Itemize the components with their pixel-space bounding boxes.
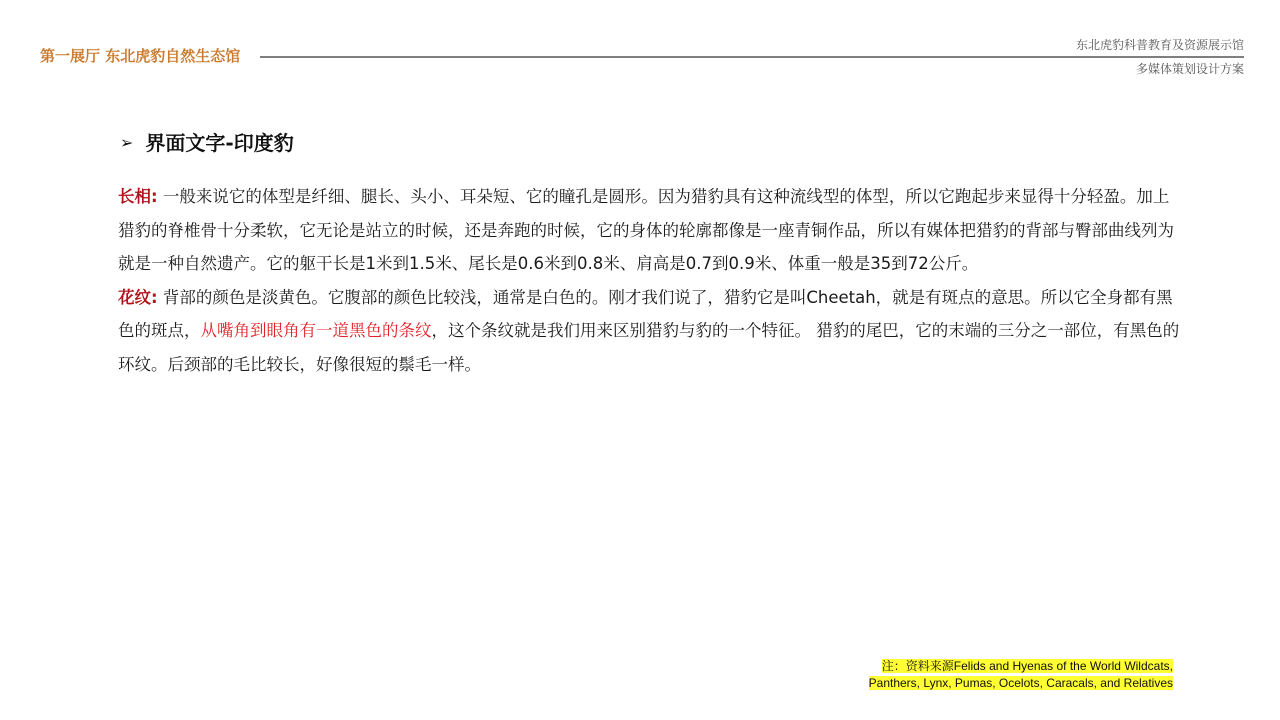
- appearance-label: 长相:: [118, 187, 158, 206]
- section-heading: ➢界面文字-印度豹: [120, 127, 294, 156]
- project-name: 东北虎豹科普教育及资源展示馆: [1076, 36, 1244, 53]
- pattern-paragraph: 花纹: 背部的颜色是淡黄色。它腹部的颜色比较浅，通常是白色的。刚才我们说了，猎豹…: [118, 281, 1180, 382]
- section-title: 界面文字-印度豹: [145, 131, 293, 155]
- appearance-text: 一般来说它的体型是纤细、腿长、头小、耳朵短、它的瞳孔是圆形。因为猎豹具有这种流线…: [118, 187, 1174, 273]
- exhibit-title: 第一展厅 东北虎豹自然生态馆: [40, 45, 240, 66]
- pattern-highlight: 从嘴角到眼角有一道黑色的条纹: [201, 321, 432, 340]
- appearance-paragraph: 长相: 一般来说它的体型是纤细、腿长、头小、耳朵短、它的瞳孔是圆形。因为猎豹具有…: [118, 180, 1180, 281]
- footnote-line-2: Panthers, Lynx, Pumas, Ocelots, Caracals…: [869, 676, 1173, 690]
- body-content: 长相: 一般来说它的体型是纤细、腿长、头小、耳朵短、它的瞳孔是圆形。因为猎豹具有…: [118, 180, 1180, 381]
- arrow-bullet-icon: ➢: [120, 133, 133, 152]
- footnote-line-1: 注：资料来源Felids and Hyenas of the World Wil…: [882, 659, 1173, 673]
- doc-subtitle: 多媒体策划设计方案: [1136, 60, 1244, 77]
- source-footnote: 注：资料来源Felids and Hyenas of the World Wil…: [869, 658, 1173, 692]
- pattern-label: 花纹:: [118, 288, 158, 307]
- header-divider: [260, 56, 1244, 58]
